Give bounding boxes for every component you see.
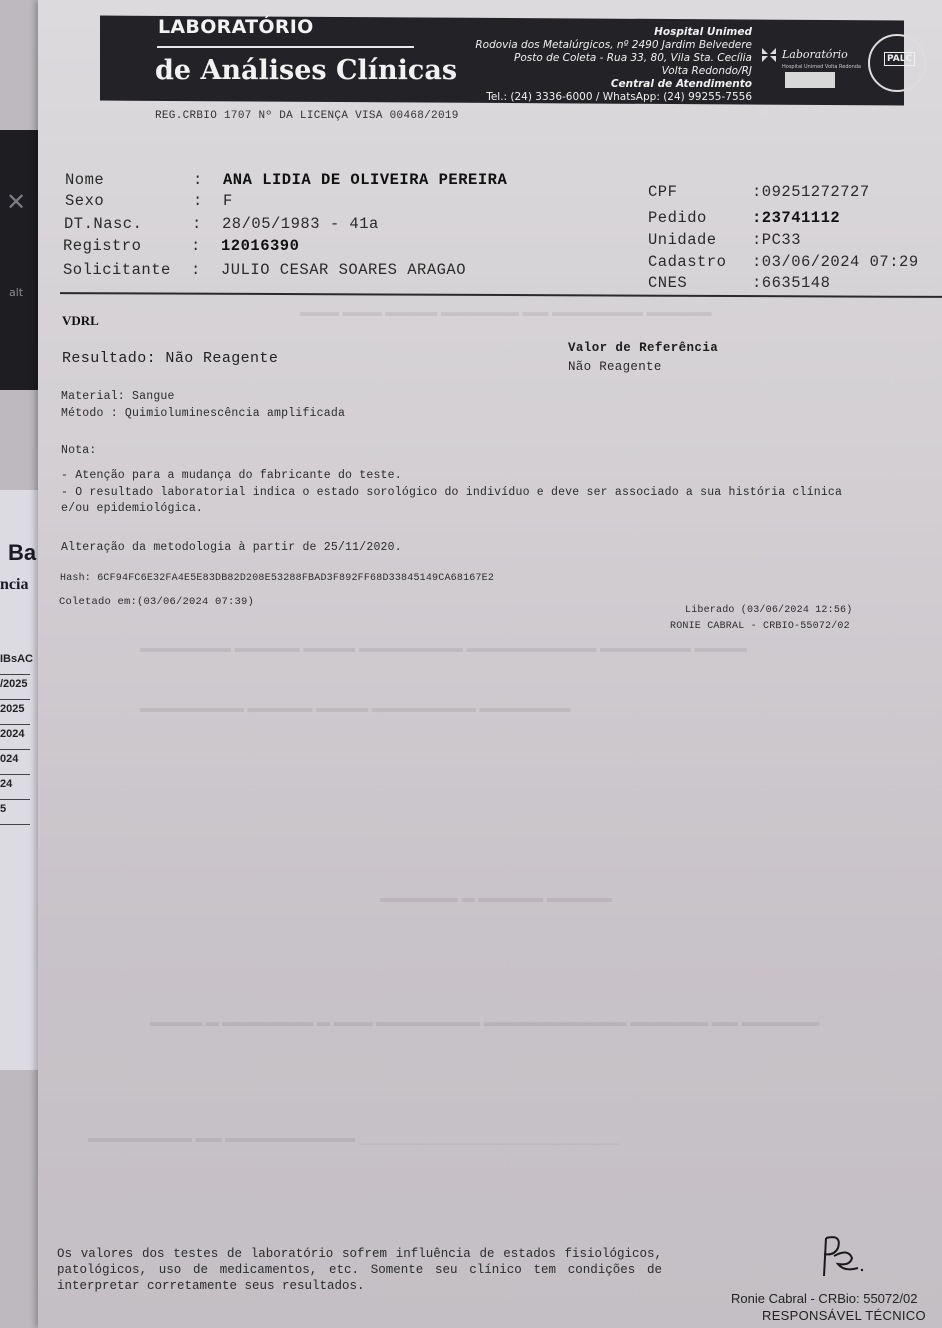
patient-sex: F (223, 192, 233, 210)
logo-sublabel: Hospital Unimed Volta Redonda (782, 64, 861, 70)
signature-role: RESPONSÁVEL TÉCNICO (762, 1308, 926, 1323)
field-label: CPF (648, 183, 752, 201)
address-line: Volta Redondo/RJ (475, 65, 752, 78)
accreditation-badge (785, 72, 835, 88)
field-label: Cadastro (648, 253, 752, 271)
released-at: Liberado (03/06/2024 12:56) (685, 605, 852, 616)
show-through-text: ▬▬▬ ▬▬▬ ▬▬▬▬ ▬▬▬▬▬▬ ▬▬ ▬▬▬▬▬▬▬ ▬▬▬▬▬ (300, 304, 712, 319)
cpf-value: :09251272727 (752, 183, 870, 201)
methodology-change: Alteração da metodologia à partir de 25/… (61, 541, 402, 554)
patient-sex-row: Sexo:F (65, 192, 233, 210)
cnes-row: CNES:6635148 (648, 274, 830, 292)
field-label: Pedido (648, 209, 752, 227)
cnes-value: :6635148 (752, 274, 830, 292)
lab-logo-icon (760, 46, 778, 64)
note-item: e/ou epidemiológica. (61, 502, 203, 515)
hospital-name: Hospital Unimed (475, 26, 752, 39)
order-row: Pedido:23741112 (648, 209, 840, 227)
unit-value: :PC33 (752, 231, 801, 249)
released-by: RONIE CABRAL - CRBIO-55072/02 (670, 621, 850, 632)
patient-registry-row: Registro:12016390 (63, 237, 299, 255)
lab-logo: Laboratório Hospital Unimed Volta Redond… (760, 46, 861, 70)
patient-registry: 12016390 (221, 237, 299, 255)
background-cell: 2025 (0, 700, 30, 725)
background-cell: /2025 (0, 675, 30, 700)
reference-heading: Valor de Referência (568, 341, 718, 355)
registration-line: REG.CRBIO 1707 Nº DA LICENÇA VISA 00468/… (155, 110, 459, 122)
background-heading: Ba (8, 540, 36, 566)
registration-date-row: Cadastro:03/06/2024 07:29 (648, 253, 919, 271)
field-label: Nome (65, 171, 193, 189)
requester-row: Solicitante:JULIO CESAR SOARES ARAGAO (63, 261, 466, 279)
background-cell: 2024 (0, 725, 30, 750)
exam-result: Resultado: Não Reagente (62, 350, 278, 367)
field-label: Unidade (648, 231, 752, 249)
patient-name-row: Nome:ANA LIDIA DE OLIVEIRA PEREIRA (65, 171, 507, 189)
patient-name: ANA LIDIA DE OLIVEIRA PEREIRA (223, 171, 507, 189)
lab-title: LABORATÓRIO (158, 16, 314, 38)
material: Material: Sangue (61, 390, 175, 403)
show-through-text: ▬▬▬▬▬▬ ▬ ▬▬▬▬▬ ▬▬▬▬▬ (380, 890, 612, 905)
lab-subtitle: de Análises Clínicas (155, 55, 457, 86)
unit-row: Unidade:PC33 (648, 231, 801, 249)
show-through-text: ▬▬▬▬▬▬▬ ▬▬▬▬▬ ▬▬▬▬ ▬▬▬▬▬▬▬▬ ▬▬▬▬▬▬▬▬▬▬ ▬… (140, 640, 747, 655)
field-label: CNES (648, 274, 752, 292)
signature-name: Ronie Cabral - CRBio: 55072/02 (731, 1291, 917, 1306)
header-contact-info: Hospital Unimed Rodovia dos Metalúrgicos… (475, 26, 752, 104)
background-cell: IBsAC (0, 650, 30, 675)
palc-label: PALC (884, 52, 915, 66)
show-through-text: ▬▬▬▬▬▬▬▬ ▬▬ ▬▬▬▬▬▬▬▬▬▬ _________________… (88, 1130, 619, 1145)
phone-numbers: Tel.: (24) 3336-6000 / WhatsApp: (24) 99… (475, 91, 752, 104)
show-through-text: ▬▬▬▬ ▬ ▬▬▬▬▬▬▬ ▬ ▬▬▬ ▬▬▬▬▬▬▬▬ ▬▬▬▬▬▬▬▬▬▬… (150, 1014, 820, 1029)
background-subheading: ncia (0, 576, 28, 594)
collected-at: Coletado em:(03/06/2024 07:39) (59, 596, 254, 608)
order-number: :23741112 (752, 209, 840, 227)
background-cell: 24 (0, 775, 30, 800)
reference-value: Não Reagente (568, 360, 662, 374)
patient-dob: 28/05/1983 - 41a (222, 215, 379, 233)
patient-dob-row: DT.Nasc.:28/05/1983 - 41a (64, 215, 379, 233)
cpf-row: CPF:09251272727 (648, 183, 870, 201)
field-label: Registro (63, 237, 191, 255)
field-label: Sexo (65, 192, 193, 210)
address-line: Rodovia dos Metalúrgicos, nº 2490 Jardim… (475, 39, 752, 52)
document-hash: Hash: 6CF94FC6E32FA4E5E83DB82D208E53288F… (60, 573, 494, 584)
background-cell: 5 (0, 800, 30, 825)
palc-seal-icon: PALC (868, 34, 926, 92)
field-label: DT.Nasc. (64, 215, 192, 233)
exam-name: VDRL (62, 313, 99, 329)
show-through-text: ▬▬▬▬▬▬▬▬ ▬▬▬▬▬ ▬▬▬▬ ▬▬▬▬▬▬▬▬ ▬▬▬▬▬▬▬ (140, 700, 570, 715)
background-cell: 024 (0, 750, 30, 775)
registration-date: :03/06/2024 07:29 (752, 253, 919, 271)
close-icon: ✕ (6, 188, 26, 216)
method: Método : Quimioluminescência amplificada (61, 407, 345, 420)
note-item: - O resultado laboratorial indica o esta… (61, 486, 842, 499)
logo-label: Laboratório (782, 48, 848, 61)
requester-name: JULIO CESAR SOARES ARAGAO (221, 261, 466, 279)
signature-icon (812, 1232, 868, 1280)
note-heading: Nota: (61, 444, 97, 457)
title-divider (157, 46, 414, 48)
disclaimer: Os valores dos testes de laboratório sof… (57, 1246, 662, 1294)
background-table: IBsAC /2025 2025 2024 024 24 5 (0, 650, 30, 825)
central-label: Central de Atendimento (475, 78, 752, 91)
note-item: - Atenção para a mudança do fabricante d… (61, 469, 402, 482)
field-label: Solicitante (63, 261, 191, 279)
address-line: Posto de Coleta - Rua 33, 80, Vila Sta. … (475, 52, 752, 65)
alt-key-label: alt (9, 286, 23, 299)
